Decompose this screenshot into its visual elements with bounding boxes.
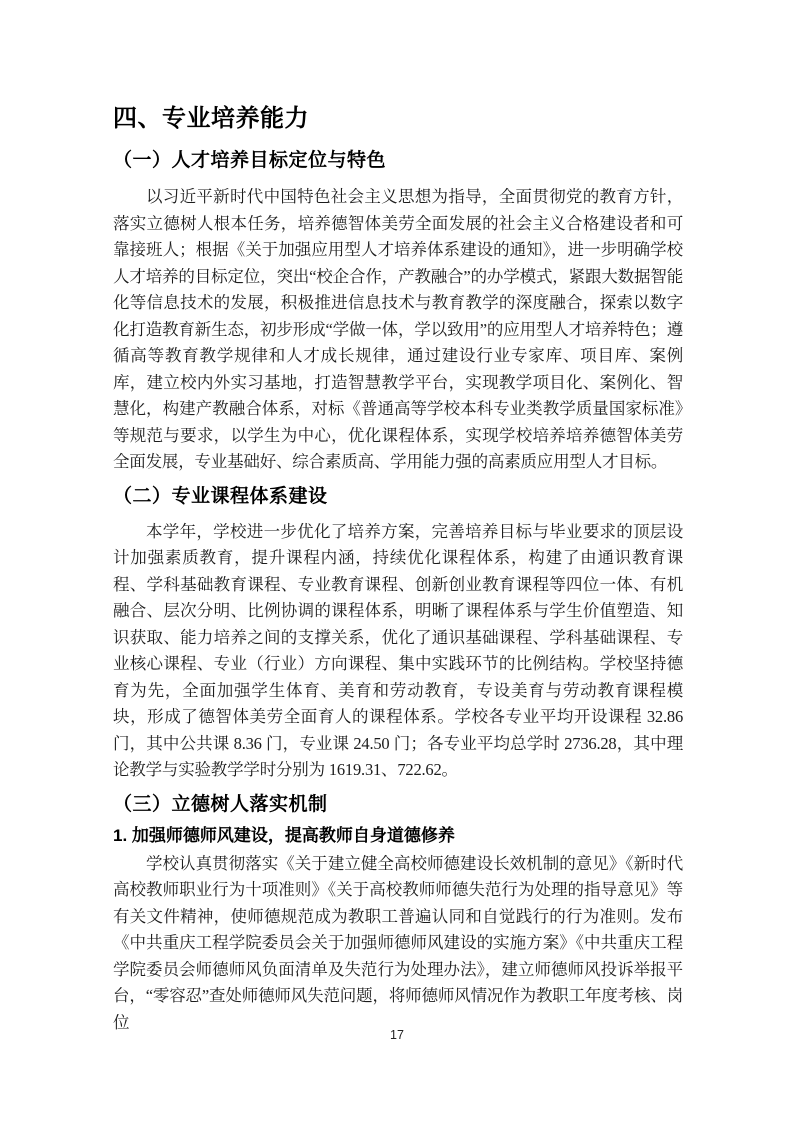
paragraph-talent-goals: 以习近平新时代中国特色社会主义思想为指导，全面贯彻党的教育方针，落实立德树人根本… <box>113 184 683 476</box>
paragraph-curriculum: 本学年，学校进一步优化了培养方案，完善培养目标与毕业要求的顶层设计加强素质教育，… <box>113 519 683 784</box>
page-content: 四、专业培养能力 （一）人才培养目标定位与特色 以习近平新时代中国特色社会主义思… <box>113 104 683 1036</box>
subsection-heading-teacher-ethics: 1. 加强师德师风建设，提高教师自身道德修养 <box>113 824 683 848</box>
section-heading-talent-goals: （一）人才培养目标定位与特色 <box>113 147 683 175</box>
section-title-main: 四、专业培养能力 <box>113 104 683 134</box>
section-heading-moral-education: （三）立德树人落实机制 <box>113 791 683 819</box>
page-number: 17 <box>0 1028 794 1042</box>
document-page: 四、专业培养能力 （一）人才培养目标定位与特色 以习近平新时代中国特色社会主义思… <box>0 0 794 1122</box>
section-heading-curriculum: （二）专业课程体系建设 <box>113 483 683 511</box>
paragraph-teacher-ethics: 学校认真贯彻落实《关于建立健全高校师德建设长效机制的意见》《新时代高校教师职业行… <box>113 851 683 1037</box>
